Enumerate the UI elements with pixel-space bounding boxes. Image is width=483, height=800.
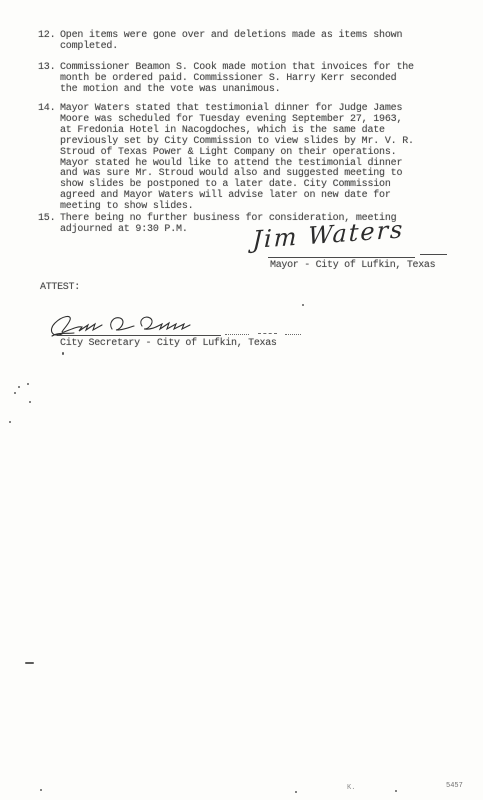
scan-speck [18, 386, 20, 388]
mayor-signature-line-end [420, 254, 447, 255]
item-number: 14. [38, 104, 60, 213]
secretary-signature-line [57, 335, 221, 336]
footer-mark-right: 5457 [446, 783, 463, 790]
minute-item-12: 12. Open items were gone over and deleti… [38, 31, 452, 53]
scan-speck [395, 790, 397, 792]
scan-speck [25, 662, 34, 664]
secretary-line-dots-1 [225, 334, 249, 335]
item-text: Mayor Waters stated that testimonial din… [60, 104, 452, 213]
scan-speck [295, 791, 297, 793]
scan-speck [14, 392, 16, 394]
scan-speck [62, 352, 64, 355]
scan-speck [40, 789, 42, 791]
footer-mark-left: K. [347, 785, 355, 792]
mayor-title: Mayor - City of Lufkin, Texas [270, 260, 435, 271]
scan-speck [29, 401, 31, 403]
scan-speck [27, 383, 29, 385]
minutes-page: 12. Open items were gone over and deleti… [0, 0, 483, 800]
item-text: Commissioner Beamon S. Cook made motion … [60, 63, 452, 96]
item-text: Open items were gone over and deletions … [60, 31, 452, 53]
item-number: 13. [38, 63, 60, 96]
secretary-title: City Secretary - City of Lufkin, Texas [60, 338, 277, 349]
minute-item-13: 13. Commissioner Beamon S. Cook made mot… [38, 63, 452, 96]
minute-item-14: 14. Mayor Waters stated that testimonial… [38, 104, 452, 213]
item-number: 12. [38, 31, 60, 53]
mayor-signature-line [268, 257, 415, 258]
attest-label: ATTEST: [40, 282, 80, 293]
item-number: 15. [38, 214, 60, 236]
secretary-line-dots-3 [285, 334, 301, 335]
secretary-line-dots-2 [258, 333, 277, 334]
scan-speck [302, 304, 304, 306]
scan-speck [9, 421, 11, 423]
